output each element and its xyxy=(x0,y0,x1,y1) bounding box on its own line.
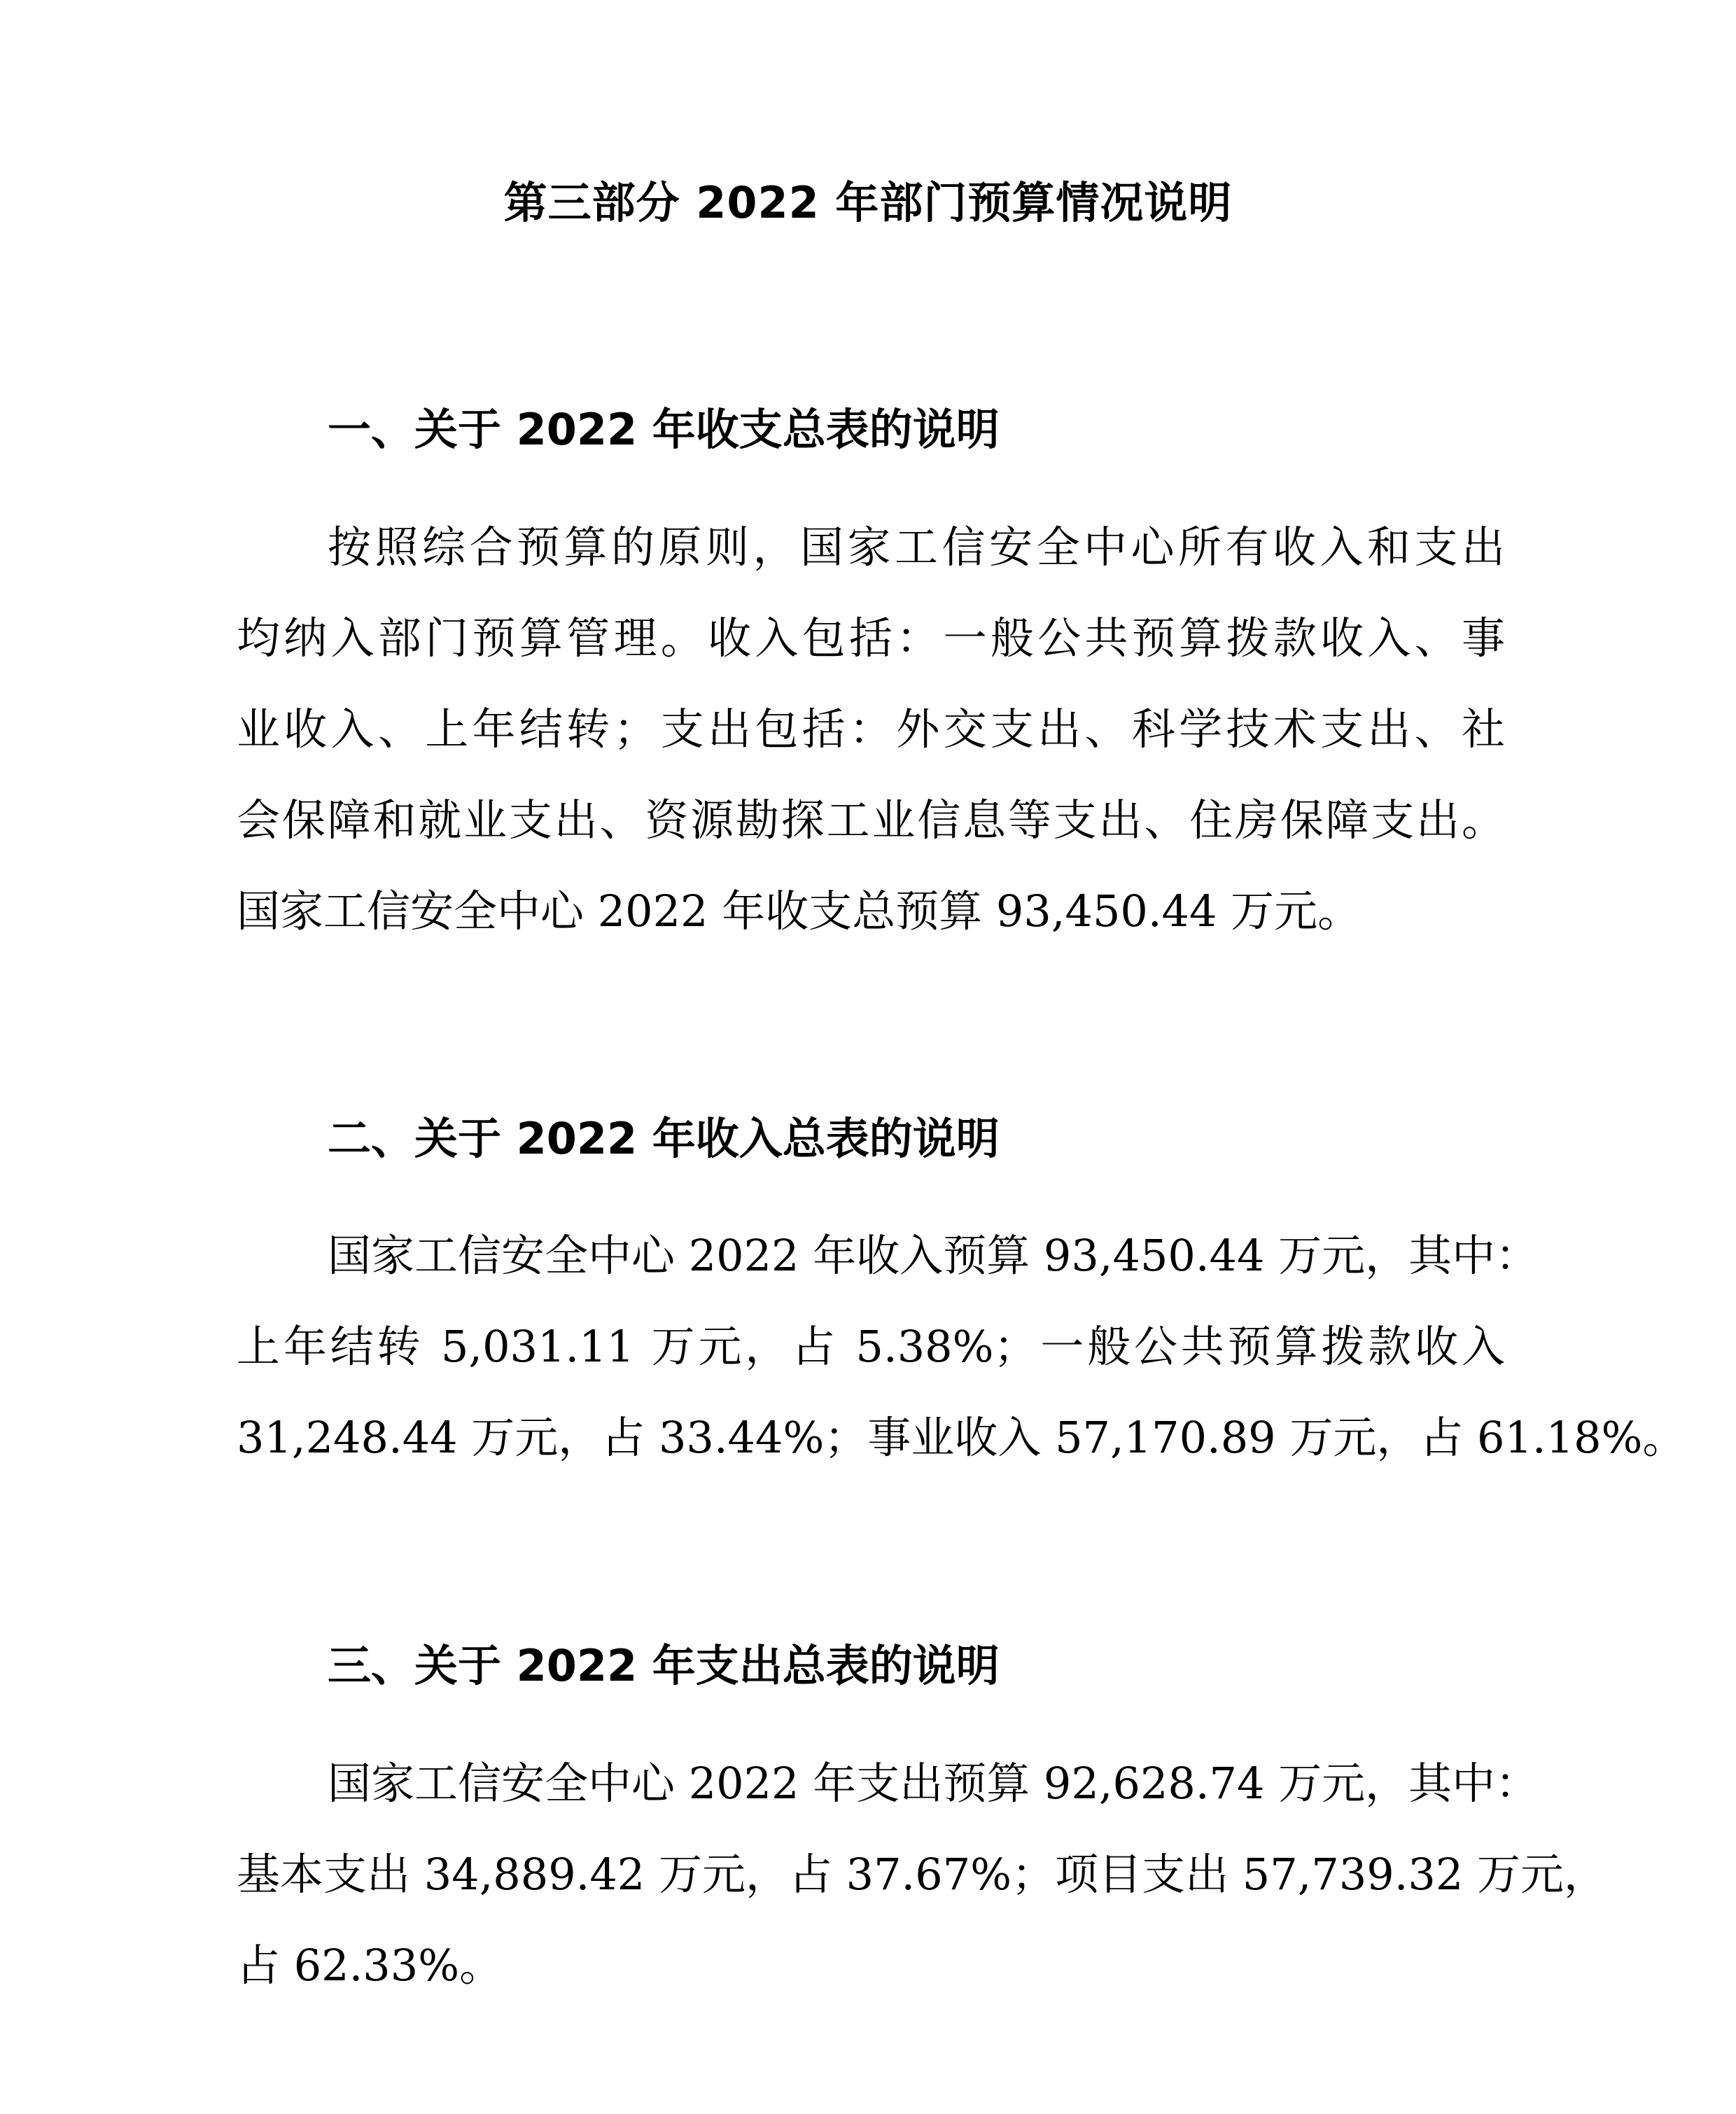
paragraph-line: 国家工信安全中心 2022 年收支总预算 93,450.44 万元。 xyxy=(237,882,1505,941)
paragraph-line: 国家工信安全中心 2022 年收入预算 93,450.44 万元，其中： xyxy=(328,1226,1505,1285)
page-title: 第三部分 2022 年部门预算情况说明 xyxy=(0,174,1736,232)
section-heading-3: 三、关于 2022 年支出总表的说明 xyxy=(328,1637,1000,1695)
paragraph-line: 国家工信安全中心 2022 年支出预算 92,628.74 万元，其中： xyxy=(328,1754,1505,1813)
paragraph-line: 业收入、上年结转；支出包括：外交支出、科学技术支出、社 xyxy=(237,700,1505,759)
section-heading-1: 一、关于 2022 年收支总表的说明 xyxy=(328,400,1000,459)
paragraph-line: 均纳入部门预算管理。收入包括：一般公共预算拨款收入、事 xyxy=(237,609,1505,668)
paragraph-line: 31,248.44 万元，占 33.44%；事业收入 57,170.89 万元，… xyxy=(237,1408,1505,1467)
paragraph-line: 会保障和就业支出、资源勘探工业信息等支出、住房保障支出。 xyxy=(237,791,1505,850)
paragraph-line: 按照综合预算的原则，国家工信安全中心所有收入和支出 xyxy=(328,518,1505,577)
document-page: 第三部分 2022 年部门预算情况说明 一、关于 2022 年收支总表的说明 按… xyxy=(0,0,1736,2114)
section-heading-2: 二、关于 2022 年收入总表的说明 xyxy=(328,1109,1000,1168)
paragraph-line: 上年结转 5,031.11 万元，占 5.38%；一般公共预算拨款收入 xyxy=(237,1317,1505,1376)
paragraph-line: 占 62.33%。 xyxy=(237,1936,1505,1995)
paragraph-line: 基本支出 34,889.42 万元，占 37.67%；项目支出 57,739.3… xyxy=(237,1845,1505,1904)
